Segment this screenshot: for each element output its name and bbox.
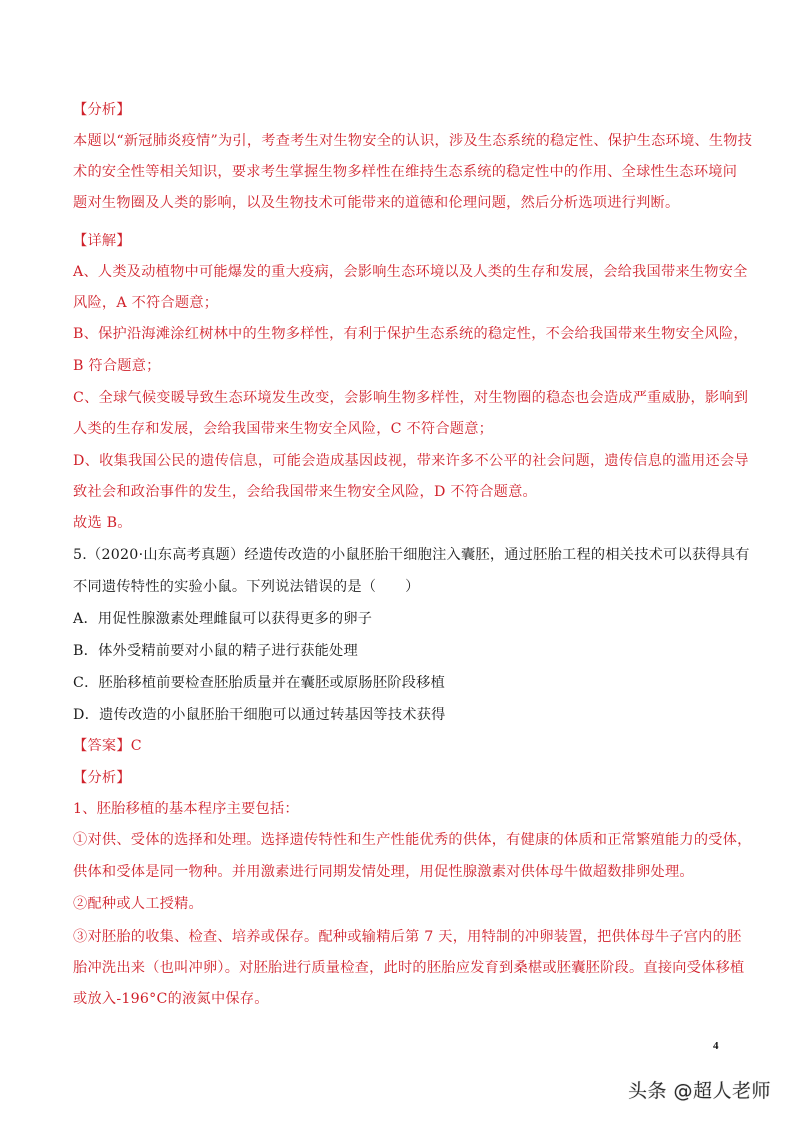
analysis-line: 供体和受体是同一物种。并用激素进行同期发情处理，用促性腺激素对供体母牛做超数排卵…	[73, 862, 694, 882]
detail-line: B 符合题意；	[73, 356, 161, 376]
detail-line: D、收集我国公民的遗传信息，可能会造成基因歧视，带来许多不公平的社会问题，遗传信…	[73, 451, 749, 471]
analysis-line: 题对生物圈及人类的影响，以及生物技术可能带来的道德和伦理问题，然后分析选项进行判…	[73, 193, 679, 213]
analysis-line: 1、胚胎移植的基本程序主要包括：	[73, 799, 299, 819]
page-number: 4	[713, 1040, 719, 1052]
analysis-line: ③对胚胎的收集、检查、培养或保存。配种或输精后第 7 天，用特制的冲卵装置，把供…	[73, 927, 742, 947]
analysis-line: ②配种或人工授精。	[73, 894, 203, 914]
detail-line: 致社会和政治事件的发生，会给我国带来生物安全风险，D 不符合题意。	[73, 482, 537, 502]
detail-line: A、人类及动植物中可能爆发的重大疫病，会影响生态环境以及人类的生存和发展，会给我…	[73, 262, 748, 282]
option-c: C．胚胎移植前要检查胚胎质量并在囊胚或原肠胚阶段移植	[73, 673, 445, 693]
detail-header: 【详解】	[73, 231, 131, 251]
detail-line: B、保护沿海滩涂红树林中的生物多样性，有利于保护生态系统的稳定性，不会给我国带来…	[73, 324, 748, 344]
answer: 【答案】C	[73, 736, 142, 756]
analysis-line: 本题以“新冠肺炎疫情”为引，考查考生对生物安全的认识，涉及生态系统的稳定性、保护…	[73, 131, 752, 151]
analysis-line: 胎冲洗出来（也叫冲卵）。对胚胎进行质量检查，此时的胚胎应发育到桑椹或胚囊胚阶段。…	[73, 958, 744, 978]
option-d: D．遗传改造的小鼠胚胎干细胞可以通过转基因等技术获得	[73, 705, 446, 725]
question-stem: 不同遗传特性的实验小鼠。下列说法错误的是（ ）	[73, 577, 420, 597]
detail-line: 人类的生存和发展，会给我国带来生物安全风险，C 不符合题意；	[73, 419, 493, 439]
analysis-line: 术的安全性等相关知识，要求考生掌握生物多样性在维持生态系统的稳定性中的作用、全球…	[73, 162, 737, 182]
analysis-line: 或放入-196°C的液氮中保存。	[73, 989, 269, 1009]
analysis-header: 【分析】	[73, 768, 131, 788]
detail-line: C、全球气候变暖导致生态环境发生改变，会影响生物多样性，对生物圈的稳态也会造成严…	[73, 388, 748, 408]
analysis-header: 【分析】	[73, 100, 131, 120]
detail-line: 风险，A 不符合题意；	[73, 293, 218, 313]
option-a: A．用促性腺激素处理雌鼠可以获得更多的卵子	[73, 609, 372, 629]
watermark: 头条 @超人老师	[628, 1076, 771, 1103]
question-stem: 5.（2020·山东高考真题）经遗传改造的小鼠胚胎干细胞注入囊胚，通过胚胎工程的…	[73, 545, 750, 565]
conclusion: 故选 B。	[73, 513, 132, 533]
option-b: B．体外受精前要对小鼠的精子进行获能处理	[73, 641, 358, 661]
analysis-line: ①对供、受体的选择和处理。选择遗传特性和生产性能优秀的供体，有健康的体质和正常繁…	[73, 830, 752, 850]
